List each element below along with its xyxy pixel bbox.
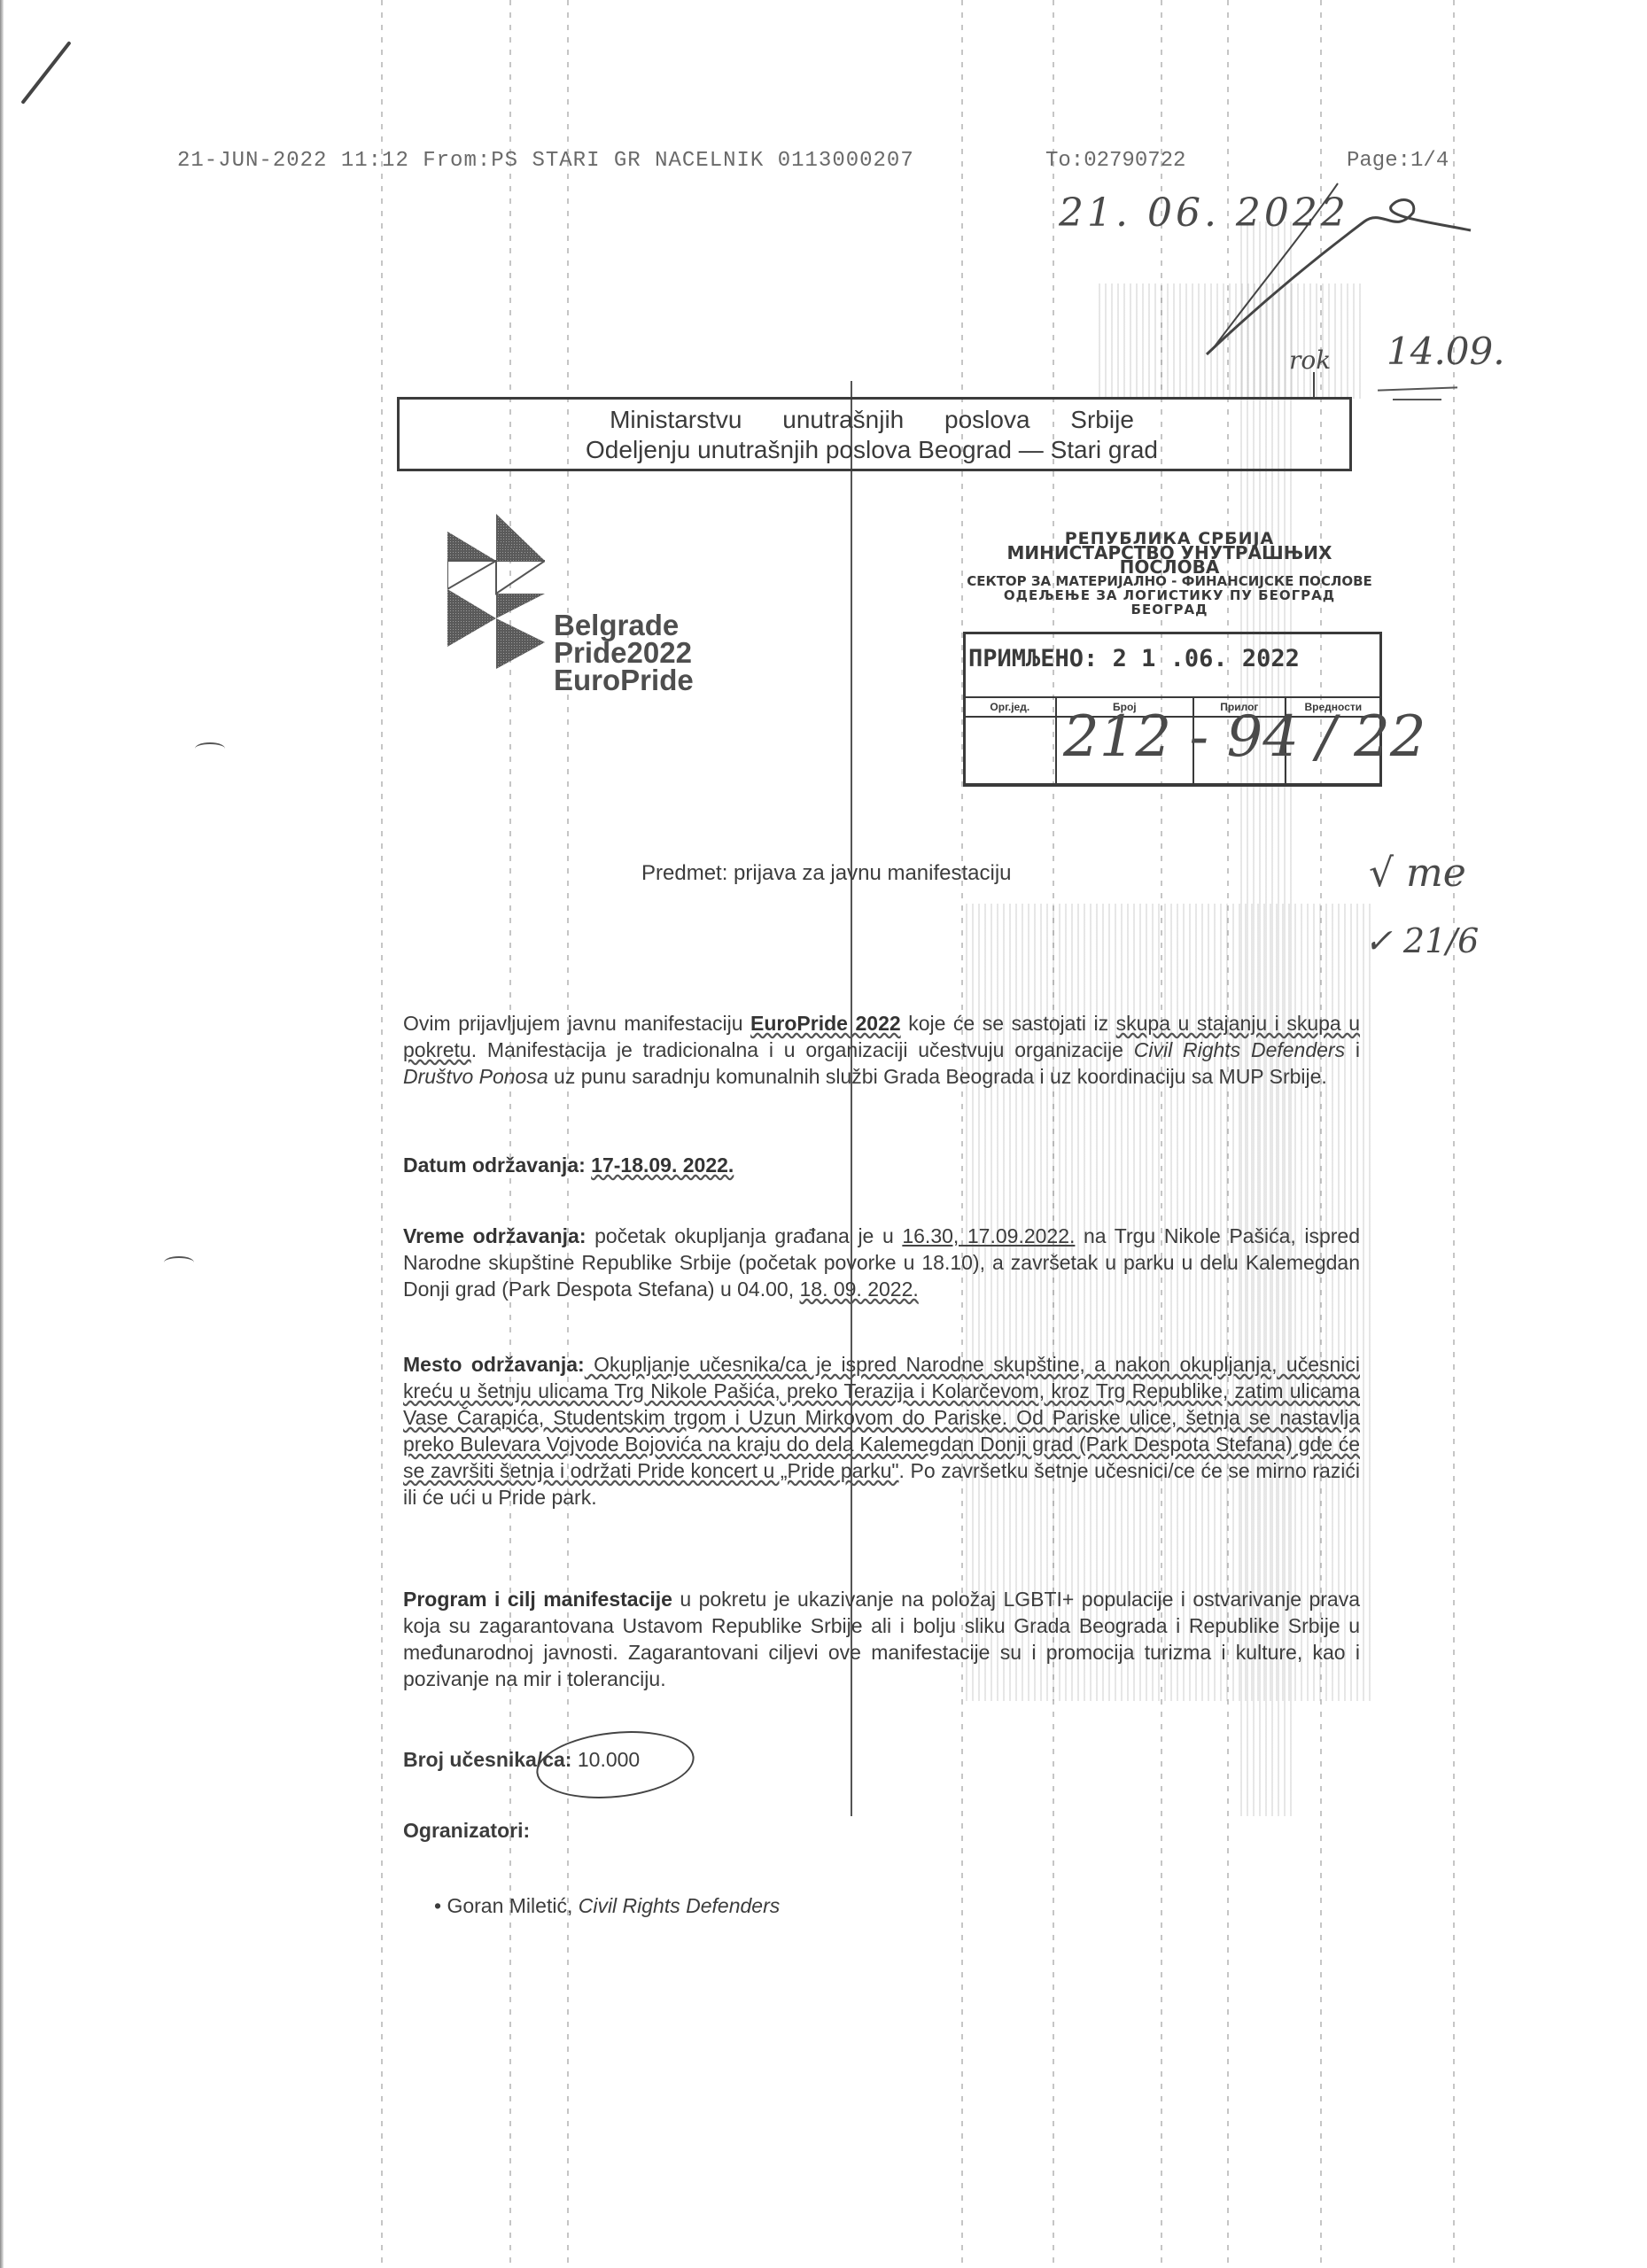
organizer-name: Goran Miletić, [447,1894,578,1917]
time-end: 18. 09. 2022. [799,1278,918,1301]
handwritten-underline [1393,399,1441,400]
stamp-received-label: ПРИМЉЕНО: [968,645,1098,672]
date-label: Datum održavanja: [403,1153,586,1177]
stamp-ministry: МИНИСТАРСТВО УНУТРАШЊИХ ПОСЛОВА [961,546,1378,574]
date-value: 17-18.09. 2022. [591,1153,734,1177]
paragraph-place: Mesto održavanja: Okupljanje učesnika/ca… [403,1351,1360,1511]
handwritten-circle [533,1724,698,1806]
fax-header: 21-JUN-2022 11:12 From:PS STARI GR NACEL… [177,149,914,173]
handwritten-underline [1378,386,1457,391]
hole-punch-mark [164,1256,194,1269]
subject-line: Predmet: prijava za javnu manifestaciju [641,861,1012,886]
paragraph-intro: Ovim prijavljujem javnu manifestaciju Eu… [403,1010,1360,1090]
addressee-department: Odeljenju unutrašnjih poslova Beograd — … [397,436,1347,464]
handwritten-check-initials: √ me [1369,850,1466,896]
logo-line-europride: EuroPride [554,666,694,694]
stamp-city: БЕОГРАД [961,602,1378,617]
scan-edge-shadow [0,0,4,2268]
time-start: 16.30, 17.09.2022. [902,1224,1075,1247]
handwritten-registry-number: 212 - 94 / 22 [1063,704,1426,770]
fax-to: To:02790722 [1045,149,1185,173]
scan-line [961,0,963,2268]
time-label: Vreme održavanja: [403,1224,586,1247]
triangle-pattern-icon [447,509,545,673]
paragraph-program: Program i cilj manifestacije u pokretu j… [403,1586,1360,1692]
logo-line-belgrade: Belgrade [554,611,694,639]
logo-wordmark: Belgrade Pride2022 EuroPride [554,611,694,694]
organizer-list-item: • Goran Miletić, Civil Rights Defenders [434,1894,780,1918]
organizer-crd: Civil Rights Defenders [1134,1038,1345,1061]
handwritten-deadline-date: 14.09. [1387,330,1505,373]
paragraph-time: Vreme održavanja: početak okupljanja gra… [403,1223,1360,1302]
signature-stroke [1313,372,1315,399]
stamp-col-org-unit: Орг.јед. [964,697,1056,717]
fax-page-number: Page:1/4 [1347,149,1449,173]
handwritten-deadline-label: rok [1289,346,1331,375]
program-label: Program i cilj manifestacije [403,1588,672,1611]
stamp-department: ОДЕЉЕЊЕ ЗА ЛОГИСТИКУ ПУ БЕОГРАД [961,588,1378,602]
scan-line [509,0,511,2268]
logo-line-pride2022: Pride2022 [554,639,694,666]
organizer-organization: Civil Rights Defenders [579,1894,781,1917]
stamp-sector: СЕКТОР ЗА МАТЕРИЈАЛНО - ФИНАНСИЈСКЕ ПОСЛ… [961,574,1378,588]
scan-line [567,0,569,2268]
scan-line [381,0,383,2268]
registry-stamp-header: РЕПУБЛИКА СРБИЈА МИНИСТАРСТВО УНУТРАШЊИХ… [961,532,1378,617]
fax-from: From:PS STARI GR NACELNIK 0113000207 [423,149,913,173]
bullet-icon: • [434,1894,447,1917]
hole-punch-mark [195,742,225,755]
addressee-ministry: Ministarstvu unutrašnjih poslova Srbije [397,406,1347,434]
pen-stroke-mark [20,41,71,105]
organizers-label: Ogranizatori: [403,1819,530,1843]
organizer-drustvo-ponosa: Društvo Ponosa [403,1065,548,1088]
handwritten-check-date: ✓ 21/6 [1364,921,1479,960]
event-name: EuroPride 2022 [750,1012,901,1035]
place-label: Mesto održavanja: [403,1353,585,1376]
stamp-received: ПРИМЉЕНО: 2 1 .06. 2022 [968,645,1300,672]
stamp-received-date: 2 1 .06. 2022 [1113,645,1300,672]
paragraph-date: Datum održavanja: 17-18.09. 2022. [403,1152,1360,1178]
fax-timestamp: 21-JUN-2022 11:12 [177,149,409,173]
